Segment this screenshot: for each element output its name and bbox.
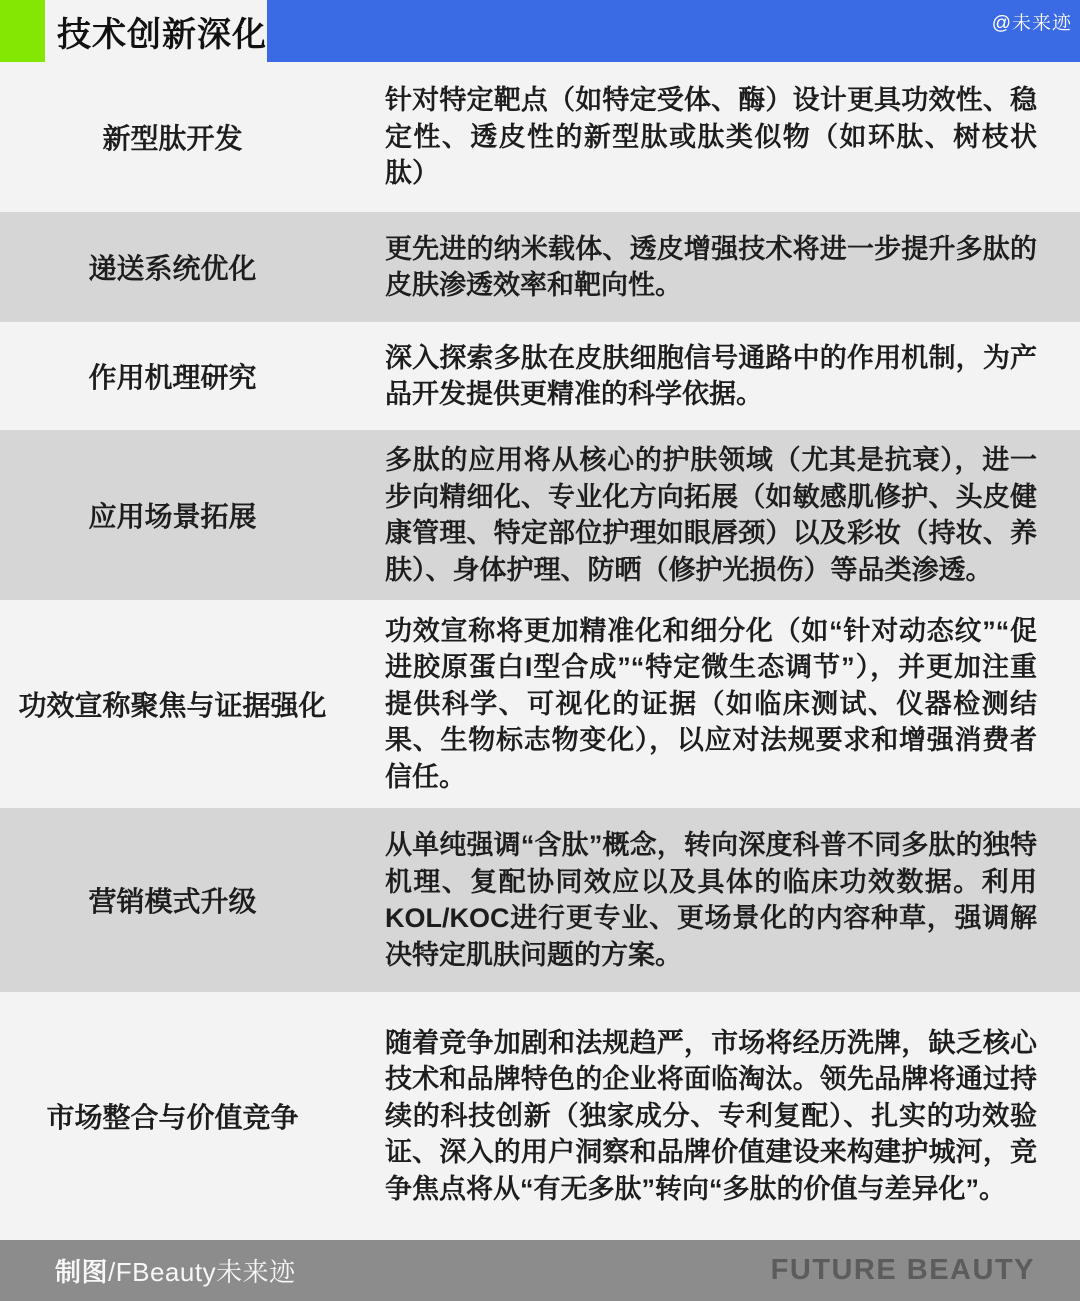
row-text: 从单纯强调“含肽”概念，转向深度科普不同多肽的独特机理、复配协同效应以及具体的临… (345, 827, 1080, 973)
row-text: 针对特定靶点（如特定受体、酶）设计更具功效性、稳定性、透皮性的新型肽或肽类似物（… (345, 82, 1080, 192)
blue-accent-bar: @未来迹 (267, 0, 1080, 62)
row-text: 深入探索多肽在皮肤细胞信号通路中的作用机制，为产品开发提供更精准的科学依据。 (345, 340, 1080, 413)
footer: 制图/FBeauty未来迹 FUTURE BEAUTY (0, 1240, 1080, 1301)
brand-logotype: FUTURE BEAUTY (771, 1254, 1035, 1287)
infographic-page: 技术创新深化 @未来迹 新型肽开发 针对特定靶点（如特定受体、酶）设计更具功效性… (0, 0, 1080, 1301)
row-label: 功效宣称聚焦与证据强化 (0, 684, 345, 724)
row-label: 市场整合与价值竞争 (0, 1096, 345, 1136)
row-text: 随着竞争加剧和法规趋严，市场将经历洗牌，缺乏核心技术和品牌特色的企业将面临淘汰。… (345, 1025, 1080, 1208)
row-text: 多肽的应用将从核心的护肤领域（尤其是抗衰），进一步向精细化、专业化方向拓展（如敏… (345, 442, 1080, 588)
table-row: 功效宣称聚焦与证据强化 功效宣称将更加精准化和细分化（如“针对动态纹”“促进胶原… (0, 600, 1080, 808)
page-title: 技术创新深化 (57, 7, 267, 56)
row-label: 应用场景拓展 (0, 495, 345, 535)
table-row: 递送系统优化 更先进的纳米载体、透皮增强技术将进一步提升多肽的皮肤渗透效率和靶向… (0, 212, 1080, 322)
green-accent-square (0, 0, 45, 62)
credit-label: 制图 (55, 1257, 108, 1287)
row-text: 更先进的纳米载体、透皮增强技术将进一步提升多肽的皮肤渗透效率和靶向性。 (345, 231, 1080, 304)
title-box: 技术创新深化 (45, 0, 267, 62)
table-row: 营销模式升级 从单纯强调“含肽”概念，转向深度科普不同多肽的独特机理、复配协同效… (0, 808, 1080, 992)
row-label: 营销模式升级 (0, 880, 345, 920)
row-text: 功效宣称将更加精准化和细分化（如“针对动态纹”“促进胶原蛋白I型合成”“特定微生… (345, 613, 1080, 796)
table-row: 应用场景拓展 多肽的应用将从核心的护肤领域（尤其是抗衰），进一步向精细化、专业化… (0, 430, 1080, 600)
row-label: 新型肽开发 (0, 117, 345, 157)
row-label: 递送系统优化 (0, 247, 345, 287)
table-row: 新型肽开发 针对特定靶点（如特定受体、酶）设计更具功效性、稳定性、透皮性的新型肽… (0, 62, 1080, 212)
table-row: 作用机理研究 深入探索多肽在皮肤细胞信号通路中的作用机制，为产品开发提供更精准的… (0, 322, 1080, 430)
header: 技术创新深化 @未来迹 (0, 0, 1080, 62)
row-label: 作用机理研究 (0, 356, 345, 396)
credit-author: /FBeauty未来迹 (108, 1257, 296, 1287)
credit: 制图/FBeauty未来迹 (55, 1252, 296, 1289)
watermark: @未来迹 (992, 8, 1072, 35)
table-row: 市场整合与价值竞争 随着竞争加剧和法规趋严，市场将经历洗牌，缺乏核心技术和品牌特… (0, 992, 1080, 1240)
